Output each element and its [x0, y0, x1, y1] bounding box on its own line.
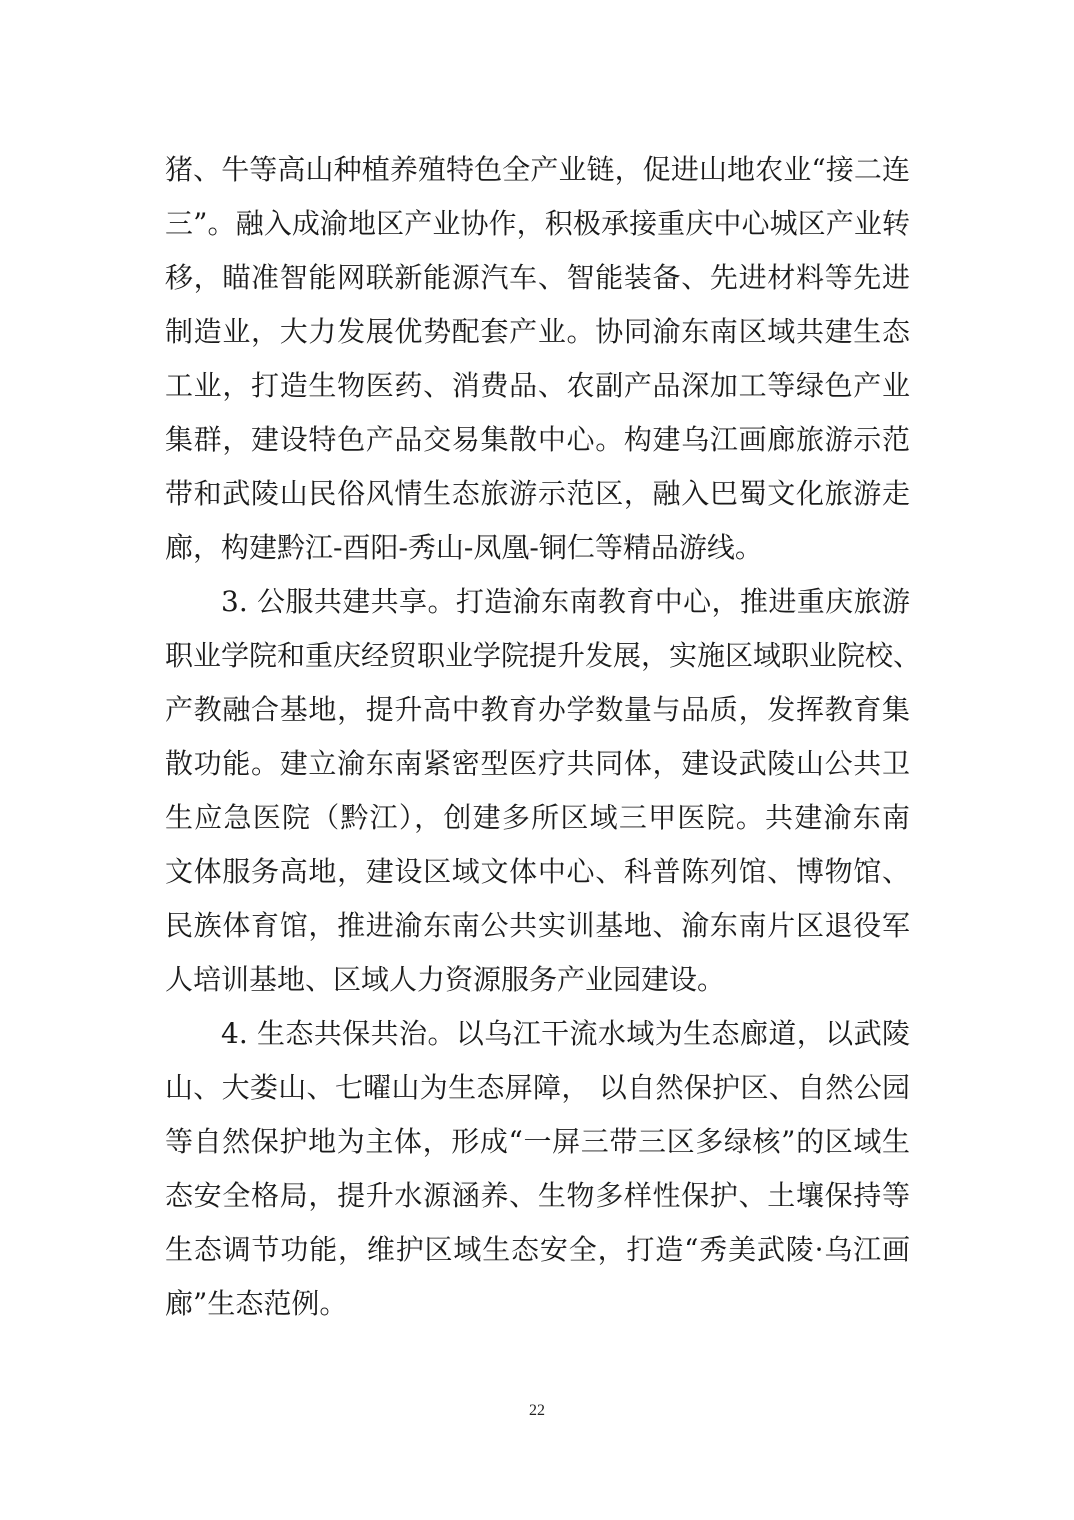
text-line: 散功能。建立渝东南紧密型医疗共同体，建设武陵山公共卫	[165, 744, 910, 784]
page-number: 22	[0, 1402, 1074, 1420]
text-line: 工业，打造生物医药、消费品、农副产品深加工等绿色产业	[165, 366, 910, 406]
text-line: 移，瞄准智能网联新能源汽车、智能装备、先进材料等先进	[165, 258, 910, 298]
text-line: 猪、牛等高山种植养殖特色全产业链，促进山地农业“接二连	[165, 150, 910, 190]
text-line: 集群，建设特色产品交易集散中心。构建乌江画廊旅游示范	[165, 420, 910, 460]
text-line: 生应急医院（黔江），创建多所区域三甲医院。共建渝东南	[165, 798, 910, 838]
text-line: 民族体育馆，推进渝东南公共实训基地、渝东南片区退役军	[165, 906, 910, 946]
text-line: 职业学院和重庆经贸职业学院提升发展，实施区域职业院校、	[165, 636, 910, 676]
text-line: 等自然保护地为主体，形成“一屏三带三区多绿核”的区域生	[165, 1122, 910, 1162]
text-line: 文体服务高地，建设区域文体中心、科普陈列馆、博物馆、	[165, 852, 910, 892]
text-line: 三”。融入成渝地区产业协作，积极承接重庆中心城区产业转	[165, 204, 910, 244]
text-line: 山、大娄山、七曜山为生态屏障， 以自然保护区、自然公园	[165, 1068, 910, 1108]
section-heading-line: 3. 公服共建共享。打造渝东南教育中心，推进重庆旅游	[221, 582, 910, 622]
text-line: 廊，构建黔江-酉阳-秀山-凤凰-铜仁等精品游线。	[165, 528, 910, 568]
text-line: 生态调节功能，维护区域生态安全，打造“秀美武陵·乌江画	[165, 1230, 910, 1270]
text-line: 廊”生态范例。	[165, 1284, 910, 1324]
text-line: 制造业，大力发展优势配套产业。协同渝东南区域共建生态	[165, 312, 910, 352]
text-line: 人培训基地、区域人力资源服务产业园建设。	[165, 960, 910, 1000]
document-page: 猪、牛等高山种植养殖特色全产业链，促进山地农业“接二连 三”。融入成渝地区产业协…	[0, 0, 1074, 1520]
text-line: 态安全格局，提升水源涵养、生物多样性保护、土壤保持等	[165, 1176, 910, 1216]
section-heading-line: 4. 生态共保共治。以乌江干流水域为生态廊道，以武陵	[221, 1014, 910, 1054]
text-line: 带和武陵山民俗风情生态旅游示范区，融入巴蜀文化旅游走	[165, 474, 910, 514]
text-line: 产教融合基地，提升高中教育办学数量与品质，发挥教育集	[165, 690, 910, 730]
